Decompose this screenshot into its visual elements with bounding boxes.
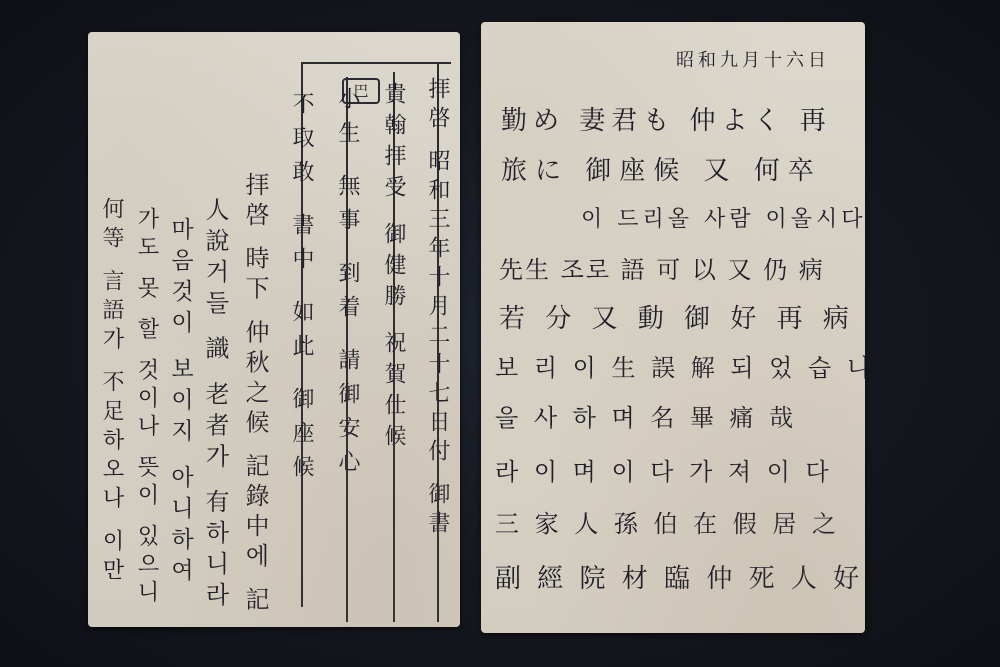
handwritten-column: 拝啓 昭和三年十月二十七日付 御書	[426, 77, 448, 540]
handwritten-column: 人說거들 識 老者가 有하니라	[203, 197, 227, 613]
left-postcard: 巴 拝啓 昭和三年十月二十七日付 御書 貴翰拝受 御健勝 祝賀仕候 小生 無事 …	[88, 32, 460, 627]
handwritten-line: 旅に 御座候 又 何卒	[501, 150, 822, 187]
handwritten-line: 을 사 하 며 名 畢 痛 哉	[495, 398, 797, 433]
handwritten-column: 마음것이 보이지 아니하여	[168, 217, 191, 589]
handwritten-line: 勤め 妻君も 仲よく 再	[501, 100, 832, 137]
handwritten-line: 先生 조로 語 可 以 又 仍 病	[499, 250, 825, 285]
handwritten-line: 若 分 又 動 御 好 再 病	[499, 298, 855, 335]
handwritten-column: 拝啓 時下 仲秋之候 記錄中에 記	[243, 172, 267, 617]
right-postcard: 昭和九月十六日 勤め 妻君も 仲よく 再 旅に 御座候 又 何卒 이 드리올 사…	[481, 22, 865, 633]
handwritten-line: 보 리 이 生 誤 解 되 었 습 니 다	[495, 348, 865, 383]
handwritten-line: 라 이 며 이 다 가 져 이 다	[495, 452, 833, 487]
handwritten-column: 不取敢 書中 如此 御座候	[290, 92, 312, 489]
handwritten-column: 小生 無事 到着 請御安心	[336, 87, 358, 484]
handwritten-line: 副 經 院 材 臨 仲 死 人 好	[495, 558, 863, 595]
top-rule-line	[301, 62, 451, 64]
handwritten-column: 何等 言語가 不足하오나 이만	[100, 197, 122, 587]
handwritten-column: 가도 못 할 것이나 뜻이 있으니	[135, 207, 157, 608]
handwritten-column: 貴翰拝受 御健勝 祝賀仕候	[382, 82, 404, 455]
handwritten-line: 三 家 人 孫 伯 在 假 居 之	[495, 504, 840, 539]
header-note: 昭和九月十六日	[676, 46, 830, 72]
handwritten-line: 이 드리올 사람 이올시다	[581, 202, 865, 233]
